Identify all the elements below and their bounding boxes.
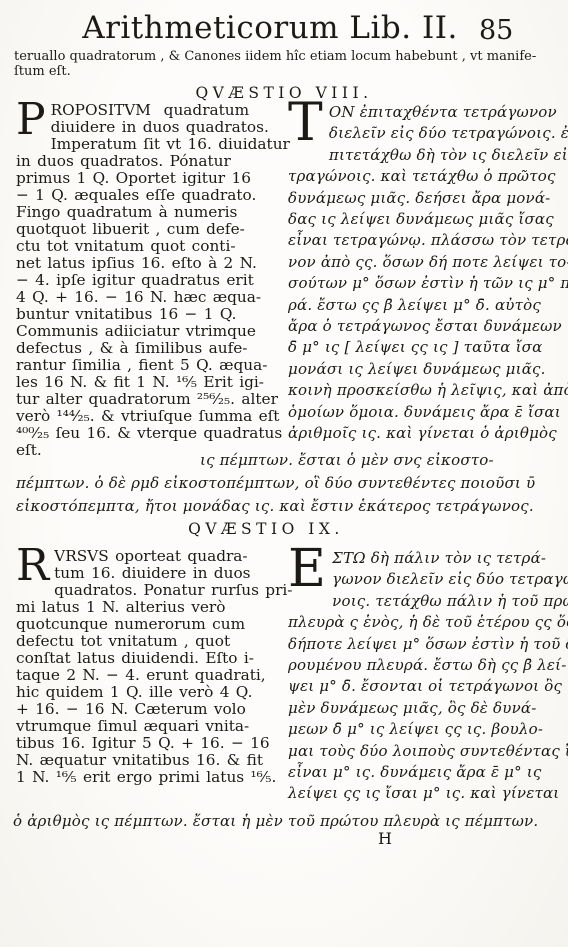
q9-continuation-line: ὁ ἀριθμὸς ις πέμπτων. ἔσται ἡ μὲν τοῦ πρ…: [13, 811, 558, 832]
q8-greek-column: TΟΝ ἐπιταχθέντα τετράγωνον διελεῖν εἰς δ…: [288, 102, 568, 445]
q9-greek-column: EΣΤΩ δὴ πάλιν τὸν ις τετρά- γωνον διελεῖ…: [288, 548, 568, 805]
page-number: 85: [479, 15, 513, 46]
q8-greek-text: ΟΝ ἐπιταχθέντα τετράγωνον διελεῖν εἰς δύ…: [288, 102, 568, 445]
drop-cap-tau: T: [288, 102, 329, 148]
q8-latin-column: PROPOSITVM quadratum diuidere in duos qu…: [16, 102, 282, 459]
q9-latin-text: VRSVS oporteat quadra- tum 16. diuidere …: [16, 548, 282, 786]
q9-latin-column: RVRSVS oporteat quadra- tum 16. diuidere…: [16, 548, 282, 786]
drop-cap-p: P: [16, 102, 51, 138]
signature-mark: H: [378, 829, 392, 848]
quaestio-viii-body: PROPOSITVM quadratum diuidere in duos qu…: [16, 102, 568, 459]
drop-cap-epsilon: E: [288, 548, 332, 594]
drop-cap-r: R: [16, 548, 54, 584]
q8-latin-text: ROPOSITVM quadratum diuidere in duos qua…: [16, 102, 282, 459]
quaestio-ix-heading: QVÆSTIO IX.: [0, 520, 550, 538]
quaestio-ix-body: RVRSVS oporteat quadra- tum 16. diuidere…: [16, 548, 568, 805]
quaestio-viii-heading: QVÆSTIO VIII.: [0, 84, 568, 102]
running-header-title: Arithmeticorum Lib. II.: [60, 10, 480, 46]
book-page: Arithmeticorum Lib. II. 85 teruallo quad…: [0, 0, 568, 947]
intro-paragraph: teruallo quadratorum , & Canones iidem h…: [14, 50, 546, 79]
q8-continuation-lines: πέμπτων. ὁ δὲ ρμδ εἰκοστοπέμπτων, οἳ δύο…: [16, 472, 556, 517]
q8-greek-overflow-line: ις πέμπτων. ἔσται ὁ μὲν σνς εἰκοστο-: [200, 450, 494, 471]
